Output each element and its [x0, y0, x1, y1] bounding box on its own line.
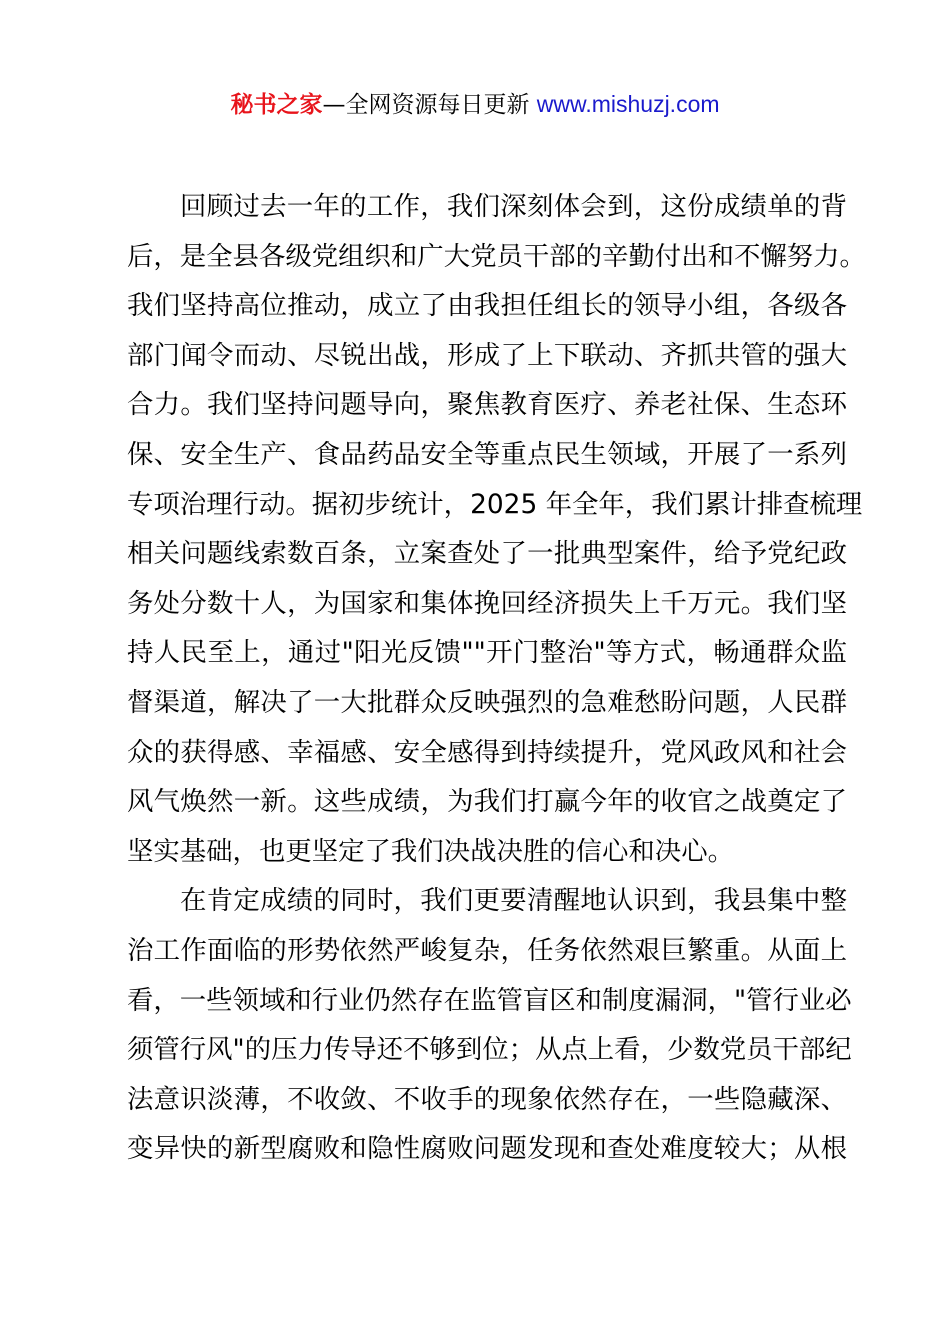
paragraph-2-line: 须管行风"的压力传导还不够到位；从点上看，少数党员干部纪 — [127, 1025, 847, 1075]
paragraph-2-line: 看，一些领域和行业仍然存在监管盲区和制度漏洞，"管行业必 — [127, 976, 847, 1026]
paragraph-1-line: 坚实基础，也更坚定了我们决战决胜的信心和决心。 — [127, 827, 847, 877]
paragraph-1-line: 务处分数十人，为国家和集体挽回经济损失上千万元。我们坚 — [127, 579, 847, 629]
paragraph-2-line: 变异快的新型腐败和隐性腐败问题发现和查处难度较大；从根 — [127, 1124, 847, 1174]
paragraph-1-line: 保、安全生产、食品药品安全等重点民生领域，开展了一系列 — [127, 430, 847, 480]
paragraph-1-line: 持人民至上，通过"阳光反馈""开门整治"等方式，畅通群众监 — [127, 628, 847, 678]
header-tagline: —全网资源每日更新 — [322, 92, 529, 118]
paragraph-1-line: 督渠道，解决了一大批群众反映强烈的急难愁盼问题，人民群 — [127, 678, 847, 728]
paragraph-1-line: 相关问题线索数百条，立案查处了一批典型案件，给予党纪政 — [127, 529, 847, 579]
paragraph-1-line: 风气焕然一新。这些成绩，为我们打赢今年的收官之战奠定了 — [127, 777, 847, 827]
paragraph-2-line: 在肯定成绩的同时，我们更要清醒地认识到，我县集中整 — [127, 876, 847, 926]
paragraph-1-line: 专项治理行动。据初步统计，2025 年全年，我们累计排查梳理 — [127, 480, 847, 530]
paragraph-1-line: 回顾过去一年的工作，我们深刻体会到，这份成绩单的背 — [127, 182, 847, 232]
paragraph-1-line: 部门闻令而动、尽锐出战，形成了上下联动、齐抓共管的强大 — [127, 331, 847, 381]
paragraph-1-line: 合力。我们坚持问题导向，聚焦教育医疗、养老社保、生态环 — [127, 380, 847, 430]
paragraph-1-line: 我们坚持高位推动，成立了由我担任组长的领导小组，各级各 — [127, 281, 847, 331]
site-url-link[interactable]: www.mishuzj.com — [537, 91, 720, 117]
document-body: 回顾过去一年的工作，我们深刻体会到，这份成绩单的背 后，是全县各级党组织和广大党… — [127, 182, 847, 1174]
paragraph-2-line: 法意识淡薄，不收敛、不收手的现象依然存在，一些隐藏深、 — [127, 1075, 847, 1125]
paragraph-2-line: 治工作面临的形势依然严峻复杂，任务依然艰巨繁重。从面上 — [127, 926, 847, 976]
paragraph-1-line: 众的获得感、幸福感、安全感得到持续提升，党风政风和社会 — [127, 728, 847, 778]
paragraph-1-line: 后，是全县各级党组织和广大党员干部的辛勤付出和不懈努力。 — [127, 232, 847, 282]
brand-name: 秘书之家 — [230, 92, 322, 118]
page-header: 秘书之家—全网资源每日更新 www.mishuzj.com — [0, 86, 950, 123]
